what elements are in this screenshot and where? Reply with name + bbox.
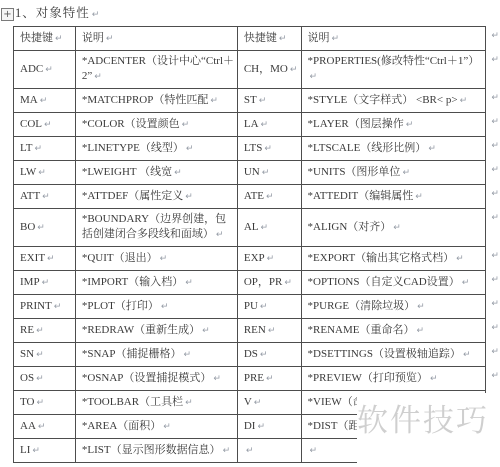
description-cell: *PROPERTIES(修改特性“Ctrl＋1”）↵ — [301, 51, 486, 89]
end-of-cell-mark: ↵ — [32, 446, 40, 456]
row-end-area: ↵ — [486, 185, 500, 209]
end-of-cell-mark: ↵ — [284, 278, 292, 288]
description-cell: *SNAP（捕捉栅格）↵ — [75, 343, 237, 367]
shortcut-key-cell: CH，MO↵ — [237, 51, 301, 89]
end-of-cell-mark: ↵ — [36, 350, 44, 360]
end-of-cell-mark: ↵ — [266, 374, 274, 384]
description-cell: *ALIGN（对齐）↵ — [301, 209, 486, 247]
shortcut-key-cell: OS↵ — [14, 367, 76, 391]
shortcut-key-cell: OP，PR↵ — [237, 271, 301, 295]
description-cell: *LIST（显示图形数据信息）↵ — [75, 439, 237, 463]
description-cell: *ATTDEF（属性定义↵ — [75, 185, 237, 209]
shortcut-key-cell: ST↵ — [237, 89, 301, 113]
end-of-row-mark: ↵ — [491, 55, 499, 65]
end-of-cell-mark: ↵ — [261, 120, 269, 130]
end-of-cell-mark: ↵ — [456, 254, 464, 264]
end-of-row-mark: ↵ — [491, 299, 499, 309]
end-of-cell-mark: ↵ — [174, 168, 182, 178]
end-of-row-mark: ↵ — [491, 93, 499, 103]
end-of-row-mark: ↵ — [491, 251, 499, 261]
end-of-cell-mark: ↵ — [161, 302, 169, 312]
header-cell-shortcut-2: 快捷键↵ — [237, 27, 301, 51]
end-of-cell-mark: ↵ — [186, 144, 194, 154]
move-cross-glyph: + — [3, 10, 11, 20]
end-of-cell-mark: ↵ — [223, 446, 231, 456]
end-of-cell-mark: ↵ — [262, 168, 270, 178]
end-of-cell-mark: ↵ — [40, 96, 48, 106]
end-of-row-mark: ↵ — [491, 371, 499, 381]
end-of-cell-mark: ↵ — [183, 350, 191, 360]
end-of-row-mark: ↵ — [491, 189, 499, 199]
end-of-cell-mark: ↵ — [393, 223, 401, 233]
end-of-cell-mark: ↵ — [267, 254, 275, 264]
end-of-cell-mark: ↵ — [185, 192, 193, 202]
end-of-cell-mark: ↵ — [260, 350, 268, 360]
description-cell: *PREVIEW（打印预览）↵ — [301, 367, 486, 391]
row-end-area: ↵ — [486, 271, 500, 295]
paragraph-mark: ↵ — [92, 10, 101, 20]
row-end-area: ↵ — [486, 137, 500, 161]
end-of-cell-mark: ↵ — [257, 422, 265, 432]
shortcut-key-cell: SN↵ — [14, 343, 76, 367]
shortcut-key-cell: BO↵ — [14, 209, 76, 247]
shortcut-key-cell: REN↵ — [237, 319, 301, 343]
description-cell: *MATCHPROP（特性匹配↵ — [75, 89, 237, 113]
end-of-cell-mark: ↵ — [216, 230, 224, 240]
table-row: ATT↵ *ATTDEF（属性定义↵ ATE↵ *ATTEDIT（编辑属性↵ ↵ — [14, 185, 500, 209]
row-end-area: ↵ — [486, 343, 500, 367]
row-end-area: ↵ — [486, 89, 500, 113]
end-of-cell-mark: ↵ — [210, 96, 218, 106]
table-row: LT↵ *LINETYPE（线型）↵ LTS↵ *LTSCALE（线形比例）↵ … — [14, 137, 500, 161]
header-cell-desc-2: 说明↵ — [301, 27, 486, 51]
watermark-text: 软件技巧 — [357, 395, 489, 440]
shortcut-key-cell: COL↵ — [14, 113, 76, 137]
table-move-handle-icon[interactable]: + — [1, 8, 14, 21]
description-cell: *TOOLBAR（工具栏↵ — [75, 391, 237, 415]
row-end-area: ↵ — [486, 113, 500, 137]
table-row: EXIT↵ *QUIT（退出）↵ EXP↵ *EXPORT（输出其它格式档）↵ … — [14, 247, 500, 271]
table-row: OS↵ *OSNAP（设置捕捉模式）↵ PRE↵ *PREVIEW（打印预览）↵… — [14, 367, 500, 391]
end-of-cell-mark: ↵ — [463, 350, 471, 360]
end-of-cell-mark: ↵ — [310, 446, 318, 456]
end-of-cell-mark: ↵ — [36, 326, 44, 336]
shortcut-key-cell: EXIT↵ — [14, 247, 76, 271]
end-of-cell-mark: ↵ — [460, 96, 468, 106]
end-of-cell-mark: ↵ — [406, 120, 414, 130]
table-header-row: 快捷键↵ 说明↵ 快捷键↵ 说明↵ ↵ — [14, 27, 500, 51]
shortcut-key-cell: LI↵ — [14, 439, 76, 463]
row-end-area: ↵ — [486, 247, 500, 271]
end-of-cell-mark: ↵ — [430, 374, 438, 384]
word-document-page: { "title": "1、对象特性", "formatting_marks":… — [0, 0, 500, 467]
end-of-cell-mark: ↵ — [34, 144, 42, 154]
end-of-cell-mark: ↵ — [45, 65, 53, 75]
description-cell: *STYLE（文字样式） <BR< p>↵ — [301, 89, 486, 113]
shortcut-key-cell: V↵ — [237, 391, 301, 415]
end-of-cell-mark: ↵ — [185, 278, 193, 288]
end-of-cell-mark: ↵ — [264, 144, 272, 154]
shortcut-key-cell: LTS↵ — [237, 137, 301, 161]
row-end-area: ↵ — [486, 27, 500, 51]
shortcut-key-cell: IMP↵ — [14, 271, 76, 295]
shortcut-key-cell: AA↵ — [14, 415, 76, 439]
end-of-cell-mark: ↵ — [36, 374, 44, 384]
shortcut-key-cell: PRE↵ — [237, 367, 301, 391]
description-cell: *OPTIONS（自定义CAD设置）↵ — [301, 271, 486, 295]
table-row: COL↵ *COLOR（设置颜色↵ LA↵ *LAYER（图层操作↵ ↵ — [14, 113, 500, 137]
header-cell-desc-1: 说明↵ — [75, 27, 237, 51]
row-end-area: ↵ — [486, 295, 500, 319]
end-of-cell-mark: ↵ — [47, 254, 55, 264]
shortcut-key-cell: DI↵ — [237, 415, 301, 439]
end-of-row-mark: ↵ — [491, 323, 499, 333]
end-of-row-mark: ↵ — [491, 347, 499, 357]
description-cell: *PLOT（打印）↵ — [75, 295, 237, 319]
description-cell: *DSETTINGS（设置极轴追踪）↵ — [301, 343, 486, 367]
end-of-row-mark: ↵ — [491, 213, 499, 223]
description-cell: *ATTEDIT（编辑属性↵ — [301, 185, 486, 209]
end-of-cell-mark: ↵ — [268, 326, 276, 336]
row-end-area: ↵ — [486, 319, 500, 343]
shortcut-key-cell: DS↵ — [237, 343, 301, 367]
description-cell: *OSNAP（设置捕捉模式）↵ — [75, 367, 237, 391]
end-of-cell-mark: ↵ — [332, 34, 340, 44]
shortcut-key-cell: UN↵ — [237, 161, 301, 185]
end-of-row-mark: ↵ — [491, 165, 499, 175]
end-of-row-mark: ↵ — [491, 117, 499, 127]
end-of-cell-mark: ↵ — [42, 278, 50, 288]
watermark-patch: 软件技巧 — [357, 393, 500, 467]
table-row: ADC↵ *ADCENTER（设计中心“Ctrl＋2”↵ CH，MO↵ *PRO… — [14, 51, 500, 89]
end-of-cell-mark: ↵ — [259, 96, 267, 106]
end-of-cell-mark: ↵ — [44, 120, 52, 130]
row-end-area: ↵ — [486, 367, 500, 391]
end-of-cell-mark: ↵ — [38, 422, 46, 432]
shortcut-key-cell: MA↵ — [14, 89, 76, 113]
table-row: LW↵ *LWEIGHT （线宽↵ UN↵ *UNITS（图形单位↵ ↵ — [14, 161, 500, 185]
end-of-cell-mark: ↵ — [213, 374, 221, 384]
row-end-area: ↵ — [486, 209, 500, 247]
end-of-cell-mark: ↵ — [36, 398, 44, 408]
end-of-cell-mark: ↵ — [310, 72, 318, 82]
description-cell: *LWEIGHT （线宽↵ — [75, 161, 237, 185]
description-cell: *PURGE（清除垃圾）↵ — [301, 295, 486, 319]
table-row: IMP↵ *IMPORT（输入档）↵ OP，PR↵ *OPTIONS（自定义CA… — [14, 271, 500, 295]
shortcut-key-cell: ↵ — [237, 439, 301, 463]
shortcut-key-cell: LA↵ — [237, 113, 301, 137]
shortcut-key-cell: AL↵ — [237, 209, 301, 247]
end-of-row-mark: ↵ — [491, 31, 499, 41]
end-of-cell-mark: ↵ — [462, 278, 470, 288]
description-cell: *LTSCALE（线形比例）↵ — [301, 137, 486, 161]
end-of-cell-mark: ↵ — [106, 34, 114, 44]
section-title: 1、对象特性↵ — [15, 3, 100, 21]
row-end-area: ↵ — [486, 51, 500, 89]
end-of-cell-mark: ↵ — [54, 302, 62, 312]
end-of-cell-mark: ↵ — [415, 192, 423, 202]
table-row: SN↵ *SNAP（捕捉栅格）↵ DS↵ *DSETTINGS（设置极轴追踪）↵… — [14, 343, 500, 367]
end-of-row-mark: ↵ — [491, 141, 499, 151]
end-of-cell-mark: ↵ — [182, 120, 190, 130]
description-cell: *BOUNDARY（边界创建，包括创建闭合多段线和面域）↵ — [75, 209, 237, 247]
shortcut-key-cell: RE↵ — [14, 319, 76, 343]
end-of-cell-mark: ↵ — [402, 168, 410, 178]
description-cell: *IMPORT（输入档）↵ — [75, 271, 237, 295]
end-of-cell-mark: ↵ — [55, 34, 63, 44]
end-of-cell-mark: ↵ — [254, 398, 262, 408]
end-of-cell-mark: ↵ — [163, 422, 171, 432]
end-of-cell-mark: ↵ — [94, 72, 102, 82]
description-cell: *AREA（面积）↵ — [75, 415, 237, 439]
description-cell: *LINETYPE（线型）↵ — [75, 137, 237, 161]
end-of-row-mark: ↵ — [491, 275, 499, 285]
end-of-cell-mark: ↵ — [38, 168, 46, 178]
table-row: MA↵ *MATCHPROP（特性匹配↵ ST↵ *STYLE（文字样式） <B… — [14, 89, 500, 113]
end-of-cell-mark: ↵ — [37, 223, 45, 233]
shortcut-key-cell: TO↵ — [14, 391, 76, 415]
shortcut-key-cell: LW↵ — [14, 161, 76, 185]
end-of-cell-mark: ↵ — [266, 192, 274, 202]
shortcut-key-cell: PU↵ — [237, 295, 301, 319]
shortcut-key-cell: ATE↵ — [237, 185, 301, 209]
end-of-cell-mark: ↵ — [185, 398, 193, 408]
end-of-cell-mark: ↵ — [290, 65, 298, 75]
description-cell: *ADCENTER（设计中心“Ctrl＋2”↵ — [75, 51, 237, 89]
description-cell: *UNITS（图形单位↵ — [301, 161, 486, 185]
section-title-text: 1、对象特性 — [15, 6, 90, 20]
shortcut-key-cell: ADC↵ — [14, 51, 76, 89]
end-of-cell-mark: ↵ — [417, 302, 425, 312]
shortcut-key-cell: EXP↵ — [237, 247, 301, 271]
end-of-cell-mark: ↵ — [42, 192, 50, 202]
description-cell: *COLOR（设置颜色↵ — [75, 113, 237, 137]
end-of-cell-mark: ↵ — [417, 326, 425, 336]
end-of-cell-mark: ↵ — [260, 302, 268, 312]
end-of-cell-mark: ↵ — [261, 223, 269, 233]
table-row: RE↵ *REDRAW（重新生成）↵ REN↵ *RENAME（重命名）↵ ↵ — [14, 319, 500, 343]
header-cell-shortcut-1: 快捷键↵ — [14, 27, 76, 51]
description-cell: *QUIT（退出）↵ — [75, 247, 237, 271]
end-of-cell-mark: ↵ — [246, 446, 254, 456]
end-of-cell-mark: ↵ — [160, 254, 168, 264]
description-cell: *EXPORT（输出其它格式档）↵ — [301, 247, 486, 271]
shortcut-key-cell: ATT↵ — [14, 185, 76, 209]
table-row: BO↵ *BOUNDARY（边界创建，包括创建闭合多段线和面域）↵ AL↵ *A… — [14, 209, 500, 247]
description-cell: *REDRAW（重新生成）↵ — [75, 319, 237, 343]
shortcut-key-cell: PRINT↵ — [14, 295, 76, 319]
end-of-cell-mark: ↵ — [202, 326, 210, 336]
shortcut-key-cell: LT↵ — [14, 137, 76, 161]
table-row: PRINT↵ *PLOT（打印）↵ PU↵ *PURGE（清除垃圾）↵ ↵ — [14, 295, 500, 319]
end-of-cell-mark: ↵ — [279, 34, 287, 44]
description-cell: *RENAME（重命名）↵ — [301, 319, 486, 343]
end-of-cell-mark: ↵ — [428, 144, 436, 154]
description-cell: *LAYER（图层操作↵ — [301, 113, 486, 137]
row-end-area: ↵ — [486, 161, 500, 185]
